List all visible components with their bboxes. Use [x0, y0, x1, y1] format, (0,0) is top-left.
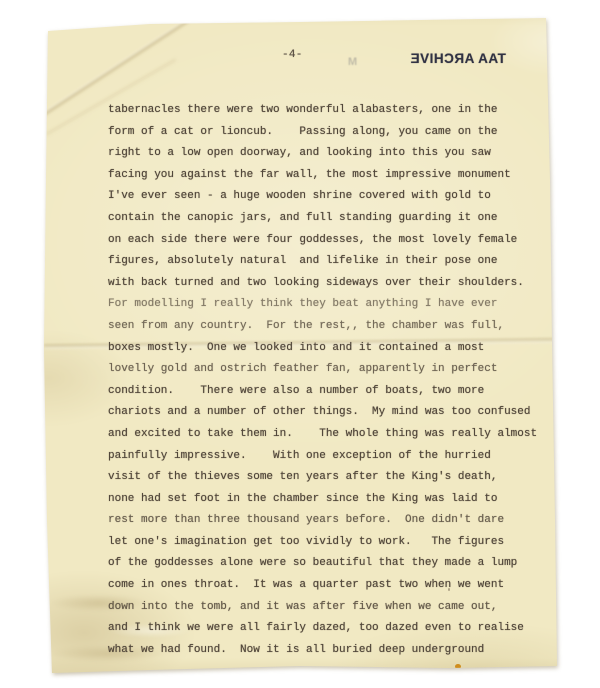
typed-line: chariots and a number of other things. M… — [108, 402, 548, 424]
typed-line: and excited to take them in. The whole t… — [108, 424, 548, 446]
typed-line: figures, absolutely natural and lifelike… — [108, 251, 548, 273]
typed-line: condition. There were also a number of b… — [108, 381, 548, 403]
typed-line: none had set foot in the chamber since t… — [108, 489, 548, 511]
typed-line: painfully impressive. With one exception… — [108, 446, 548, 468]
typed-letter-body: tabernacles there were two wonderful ala… — [108, 100, 548, 661]
typed-line: right to a low open doorway, and looking… — [108, 143, 548, 165]
typed-line: with back turned and two looking sideway… — [108, 273, 548, 295]
typed-line: what we had found. Now it is all buried … — [108, 640, 548, 662]
paper-sheet: -4- M TAA ARCHIVE tabernacles there were… — [0, 0, 600, 688]
typed-line: For modelling I really think they beat a… — [108, 294, 548, 316]
typed-line: facing you against the far wall, the mos… — [108, 165, 548, 187]
typed-line: lovelly gold and ostrich feather fan, ap… — [108, 359, 548, 381]
scanned-letter-page: -4- M TAA ARCHIVE tabernacles there were… — [0, 0, 600, 688]
typed-line: boxes mostly. One we looked into and it … — [108, 338, 548, 360]
ink-dust-speck — [448, 588, 450, 591]
faint-stamp-mark: M — [348, 56, 357, 68]
typed-line: visit of the thieves some ten years afte… — [108, 467, 548, 489]
typed-line: form of a cat or lioncub. Passing along,… — [108, 122, 548, 144]
typed-line: tabernacles there were two wonderful ala… — [108, 100, 548, 122]
typed-line: of the goddesses alone were so beautiful… — [108, 553, 548, 575]
page-number: -4- — [282, 49, 322, 61]
typed-line: down into the tomb, and it was after fiv… — [108, 597, 548, 619]
typed-line: let one's imagination get too vividly to… — [108, 532, 548, 554]
typed-line: contain the canopic jars, and full stand… — [108, 208, 548, 230]
typed-line: come in ones throat. It was a quarter pa… — [108, 575, 548, 597]
archive-stamp-mirrored: TAA ARCHIVE — [396, 51, 520, 66]
typed-line: I've ever seen - a huge wooden shrine co… — [108, 186, 548, 208]
typed-line: seen from any country. For the rest,, th… — [108, 316, 548, 338]
paper-speck — [455, 664, 461, 669]
typed-line: on each side there were four goddesses, … — [108, 230, 548, 252]
typed-line: rest more than three thousand years befo… — [108, 510, 548, 532]
ink-dust-speck — [345, 540, 347, 542]
typed-line: and I think we were all fairly dazed, to… — [108, 618, 548, 640]
